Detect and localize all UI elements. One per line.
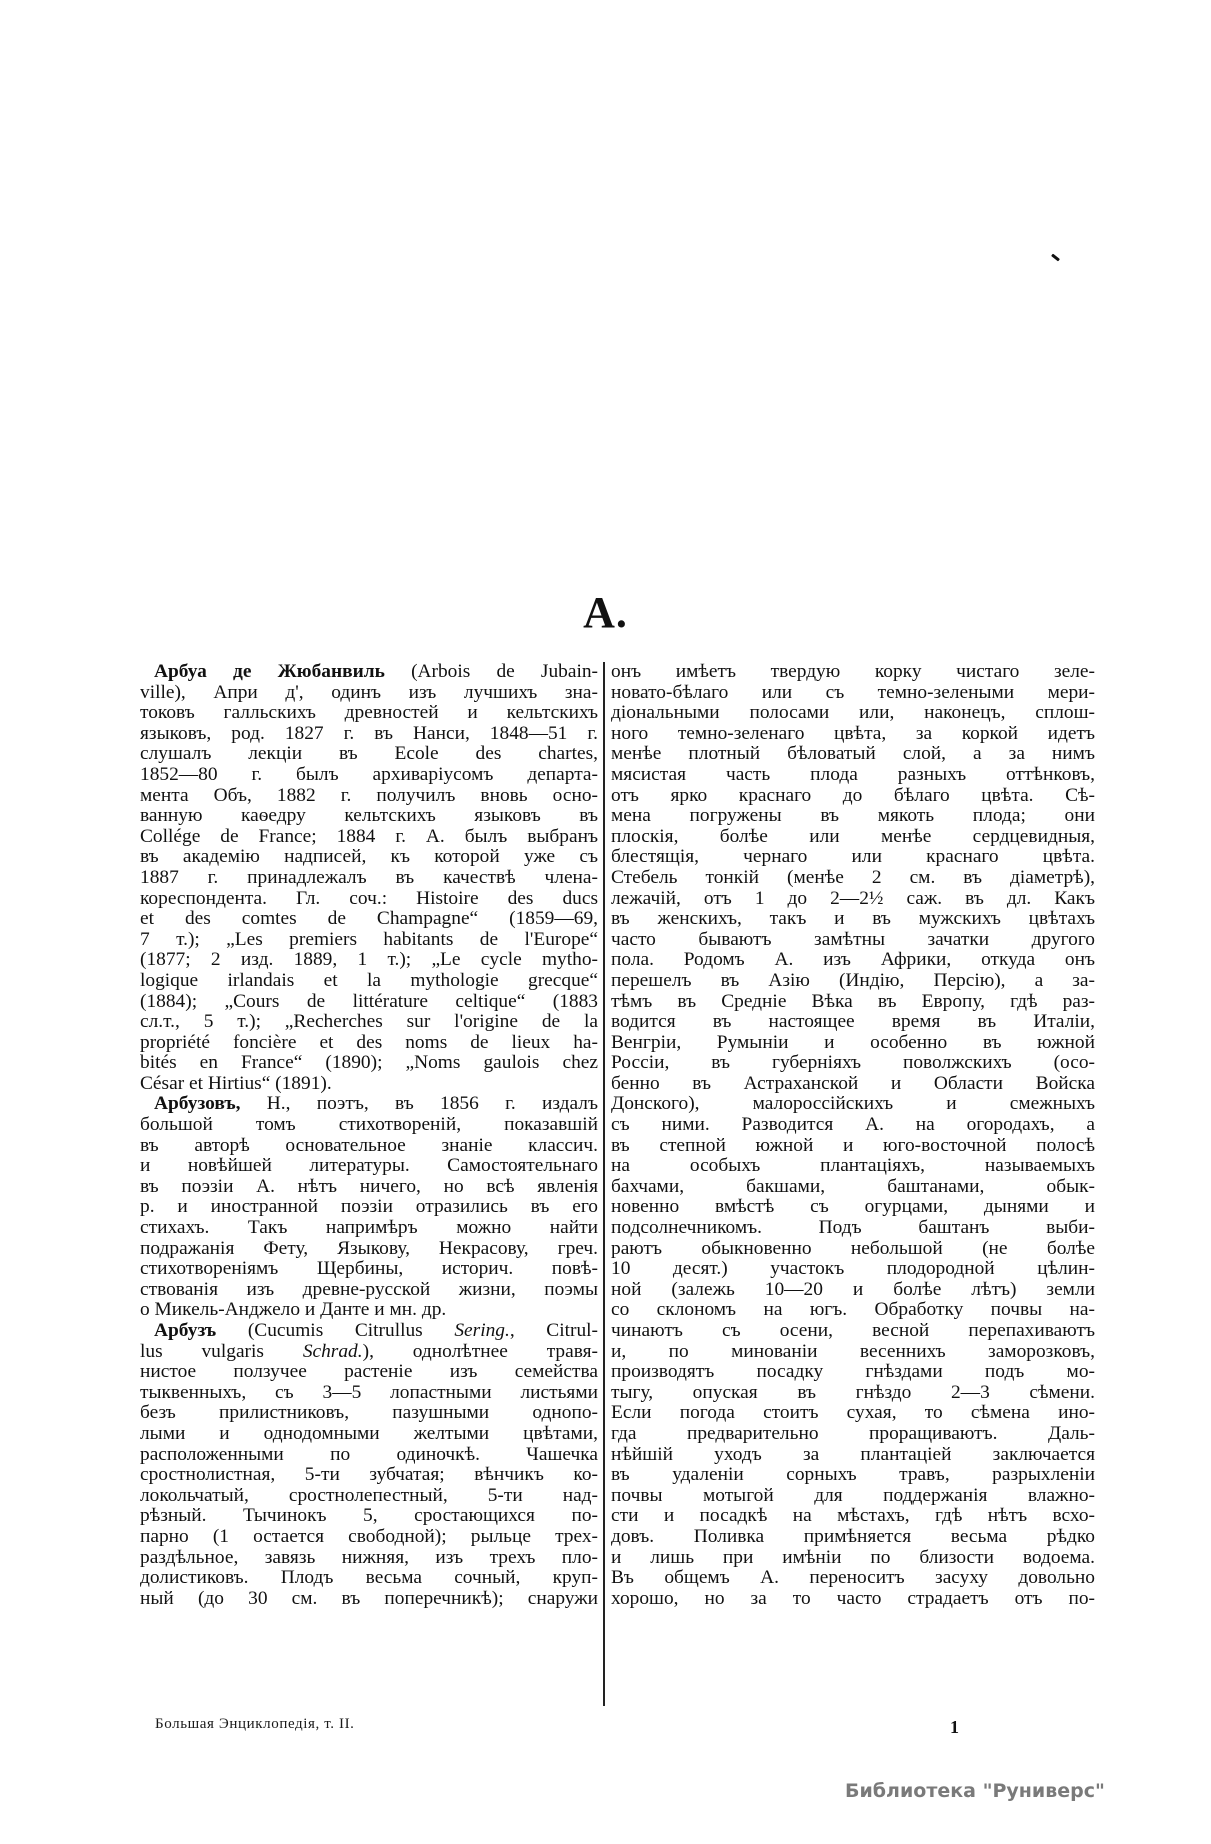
line-text: 1852—80 г. былъ архиваріусомъ департа- [140,764,598,785]
line-text: мясистая часть плода разныхъ оттѣнковъ, [611,764,1095,785]
line-text: нистое ползучее растеніе изъ семейства [140,1361,598,1382]
line-text: logique irlandais et la mythologie grecq… [140,970,598,991]
right-column: онъ имѣетъ твердую корку чистаго зеле-но… [611,662,1095,1609]
text-line: Collége de France; 1884 г. А. былъ выбра… [140,827,598,848]
line-text: въ степной южной и юго-восточной полосѣ [611,1135,1095,1156]
entry-start-line: Арбуа де Жюбанвиль (Arbois de Jubain- [140,662,598,683]
text-line: стихахъ. Такъ напримѣръ можно найти [140,1218,598,1239]
text-line: Россіи, въ губерніяхъ поволжскихъ (осо- [611,1053,1095,1074]
line-text: лыми и однодомными желтыми цвѣтами, [140,1423,598,1444]
text-line: нѣйшій уходъ за плантаціей заключается [611,1445,1095,1466]
line-text: р. и иностранной поэзіи отразились въ ег… [140,1196,598,1217]
text-line: тѣмъ въ Средніе Вѣка въ Европу, гдѣ раз- [611,992,1095,1013]
text-line: бенно въ Астраханской и Области Войска [611,1074,1095,1095]
line-text: блестящія, чернаго или краснаго цвѣта. [611,846,1095,867]
text-line: лыми и однодомными желтыми цвѣтами, [140,1424,598,1445]
text-line: большой томъ стихотвореній, показавшій [140,1115,598,1136]
line-text: токовъ галльскихъ древностей и кельтских… [140,702,598,723]
line-text: рѣзный. Тычинокъ 5, сростающихся по- [140,1505,598,1526]
text-line: стихотвореніямъ Щербины, историч. повѣ- [140,1259,598,1280]
text-line: 1852—80 г. былъ архиваріусомъ департа- [140,765,598,786]
line-text: César et Hirtius“ (1891). [140,1073,332,1094]
line-text: новенно вмѣстѣ съ огурцами, дынями и [611,1196,1095,1217]
line-text: сл.т., 5 т.); „Recherches sur l'origine … [140,1011,598,1032]
entry-start-line: Арбузовъ, Н., поэтъ, въ 1856 г. издалъ [140,1094,598,1115]
text-line: тыгу, опуская въ гнѣздо 2—3 сѣмени. [611,1383,1095,1404]
line-text: безъ прилистниковъ, пазушными однопо- [140,1402,598,1423]
text-line: долистиковъ. Плодъ весьма сочный, круп- [140,1568,598,1589]
text-line: довъ. Поливка примѣняется весьма рѣдко [611,1527,1095,1548]
text-line: новато-бѣлаго или съ темно-зелеными мери… [611,683,1095,704]
text-line: менѣе плотный бѣловатый слой, а за нимъ [611,744,1095,765]
text-line: часто бываютъ замѣтны зачатки другого [611,930,1095,951]
entry-headword: Арбузъ [154,1320,216,1341]
line-text: въ женскихъ, такъ и въ мужскихъ цвѣтахъ [611,908,1095,929]
line-text: подсолнечникомъ. Подъ баштанъ выби- [611,1217,1095,1238]
text-line: нистое ползучее растеніе изъ семейства [140,1362,598,1383]
line-text: раютъ обыкновенно небольшой (не болѣе [611,1238,1095,1259]
text-line: и лишь при имѣніи по близости водоема. [611,1548,1095,1569]
line-text: 10 десят.) участокъ плодородной цѣлин- [611,1258,1095,1279]
line-text-after: , Citrul- [510,1320,598,1341]
text-line: (1884); „Cours de littérature celtique“ … [140,992,598,1013]
text-line: ный (до 30 см. въ поперечникѣ); снаружи [140,1589,598,1610]
text-line: почвы мотыгой для поддержанія влажно- [611,1486,1095,1507]
line-text: въ академію надписей, къ которой уже съ [140,846,598,867]
line-text: довъ. Поливка примѣняется весьма рѣдко [611,1526,1095,1547]
text-line: мента Объ, 1882 г. получилъ вновь осно- [140,786,598,807]
text-line: ville), Апри д', одинъ изъ лучшихъ зна- [140,683,598,704]
line-text: новато-бѣлаго или съ темно-зелеными мери… [611,682,1095,703]
text-line: чинаютъ съ осени, весной перепахиваютъ [611,1321,1095,1342]
line-text: съ ними. Разводится А. на огородахъ, а [611,1114,1095,1135]
footer-signature: Большая Энциклопедія, т. II. [155,1716,355,1733]
text-line: въ женскихъ, такъ и въ мужскихъ цвѣтахъ [611,909,1095,930]
text-line: расположенными по одиночкѣ. Чашечка [140,1445,598,1466]
left-column: Арбуа де Жюбанвиль (Arbois de Jubain-vil… [140,662,598,1609]
text-line: на особыхъ плантаціяхъ, называемыхъ [611,1156,1095,1177]
line-text: Донского), малороссійскихъ и смежныхъ [611,1093,1095,1114]
line-text: парно (1 остается свободной); рыльце тре… [140,1526,598,1547]
line-text: онъ имѣетъ твердую корку чистаго зеле- [611,661,1095,682]
line-text: въ авторѣ основательное знаніе классич. [140,1135,598,1156]
library-watermark: Библиотека "Руниверс" [845,1780,1105,1802]
line-text: 1887 г. принадлежалъ въ качествѣ члена- [140,867,598,888]
line-text: почвы мотыгой для поддержанія влажно- [611,1485,1095,1506]
text-line: bités en France“ (1890); „Noms gaulois c… [140,1053,598,1074]
column-divider [603,662,605,1706]
line-text: въ удаленіи сорныхъ травъ, разрыхленіи [611,1464,1095,1485]
text-line: подражанія Фету, Языкову, Некрасову, гре… [140,1239,598,1260]
text-line: производятъ посадку гнѣздами подъ мо- [611,1362,1095,1383]
text-line: сти и посадкѣ на мѣстахъ, гдѣ нѣтъ всхо- [611,1506,1095,1527]
line-text: расположенными по одиночкѣ. Чашечка [140,1444,598,1465]
text-line: рѣзный. Тычинокъ 5, сростающихся по- [140,1506,598,1527]
line-text: лежачій, отъ 1 до 2—2½ саж. въ дл. Какъ [611,888,1095,909]
text-line: и новѣйшей литературы. Самостоятельнаго [140,1156,598,1177]
text-line: (1877; 2 изд. 1889, 1 т.); „Le cycle myt… [140,950,598,971]
entry-headword: Арбуа де Жюбанвиль [154,661,385,682]
text-line: Если погода стоитъ сухая, то сѣмена ино- [611,1403,1095,1424]
line-text: подражанія Фету, Языкову, Некрасову, гре… [140,1238,598,1259]
text-line: плоскія, болѣе или менѣе сердцевидныя, [611,827,1095,848]
botanical-author: Schrad. [303,1341,363,1362]
text-line: мясистая часть плода разныхъ оттѣнковъ, [611,765,1095,786]
line-text: ванную каѳедру кельтскихъ языковъ въ [140,805,598,826]
text-line: отъ ярко краснаго до бѣлаго цвѣта. Сѣ- [611,786,1095,807]
line-text: нѣйшій уходъ за плантаціей заключается [611,1444,1095,1465]
text-line: ванную каѳедру кельтскихъ языковъ въ [140,806,598,827]
line-text: lus vulgaris [140,1341,303,1362]
text-line: новенно вмѣстѣ съ огурцами, дынями и [611,1197,1095,1218]
line-text: тыквенныхъ, съ 3—5 лопастными листьями [140,1382,598,1403]
line-text: 7 т.); „Les premiers habitants de l'Euro… [140,929,598,950]
line-text: плоскія, болѣе или менѣе сердцевидныя, [611,826,1095,847]
text-line: гда предварительно проращиваютъ. Даль- [611,1424,1095,1445]
line-text: Collége de France; 1884 г. А. былъ выбра… [140,826,598,847]
line-text: водится въ настоящее время въ Италіи, [611,1011,1095,1032]
text-line: ной (залежь 10—20 и болѣе лѣтъ) земли [611,1280,1095,1301]
line-text: и лишь при имѣніи по близости водоема. [611,1547,1095,1568]
line-text: о Микель-Анджело и Данте и мн. др. [140,1299,446,1320]
text-line: раютъ обыкновенно небольшой (не болѣе [611,1239,1095,1260]
line-text: ный (до 30 см. въ поперечникѣ); снаружи [140,1588,598,1609]
text-line: propriété foncière et des noms de lieux … [140,1033,598,1054]
text-line: lus vulgaris Schrad.), однолѣтнее травя- [140,1342,598,1363]
line-text: локольчатый, сростнолепестный, 5-ти над- [140,1485,598,1506]
section-letter-heading: А. [0,588,1211,638]
line-text: чинаютъ съ осени, весной перепахиваютъ [611,1320,1095,1341]
text-line: сростнолистная, 5-ти зубчатая; вѣнчикъ к… [140,1465,598,1486]
line-text: часто бываютъ замѣтны зачатки другого [611,929,1095,950]
entry-headword: Арбузовъ, [154,1093,240,1114]
line-text: языковъ, род. 1827 г. въ Нанси, 1848—51 … [140,723,598,744]
line-text: пола. Родомъ А. изъ Африки, откуда онъ [611,949,1095,970]
line-text: слушалъ лекціи въ Ecole des chartes, [140,743,598,764]
text-line: онъ имѣетъ твердую корку чистаго зеле- [611,662,1095,683]
line-text: стихахъ. Такъ напримѣръ можно найти [140,1217,598,1238]
line-text: стихотвореніямъ Щербины, историч. повѣ- [140,1258,598,1279]
line-text: діональными полосами или, наконецъ, спло… [611,702,1095,723]
text-line: парно (1 остается свободной); рыльце тре… [140,1527,598,1548]
line-text: propriété foncière et des noms de lieux … [140,1032,598,1053]
text-line: подсолнечникомъ. Подъ баштанъ выби- [611,1218,1095,1239]
line-text: долистиковъ. Плодъ весьма сочный, круп- [140,1567,598,1588]
text-line: діональными полосами или, наконецъ, спло… [611,703,1095,724]
line-text: на особыхъ плантаціяхъ, называемыхъ [611,1155,1095,1176]
line-text: тыгу, опуская въ гнѣздо 2—3 сѣмени. [611,1382,1095,1403]
line-text: перешелъ въ Азію (Индію, Персію), а за- [611,970,1095,991]
line-text: ной (залежь 10—20 и болѣе лѣтъ) земли [611,1279,1095,1300]
entry-start-line: Арбузъ (Cucumis Citrullus Sering., Citru… [140,1321,598,1342]
text-line: 10 десят.) участокъ плодородной цѣлин- [611,1259,1095,1280]
line-text: Венгріи, Румыніи и особенно въ южной [611,1032,1095,1053]
text-line: и, по минованіи весеннихъ заморозковъ, [611,1342,1095,1363]
text-line: локольчатый, сростнолепестный, 5-ти над- [140,1486,598,1507]
text-line: хорошо, но за то часто страдаетъ отъ по- [611,1589,1095,1610]
line-text: Стебель тонкій (менѣе 2 см. въ діаметрѣ)… [611,867,1095,888]
line-text: большой томъ стихотвореній, показавшій [140,1114,598,1135]
text-line: токовъ галльскихъ древностей и кельтских… [140,703,598,724]
line-text: сти и посадкѣ на мѣстахъ, гдѣ нѣтъ всхо- [611,1505,1095,1526]
text-line: слушалъ лекціи въ Ecole des chartes, [140,744,598,765]
text-line: logique irlandais et la mythologie grecq… [140,971,598,992]
line-text: (Cucumis Citrullus [216,1320,454,1341]
botanical-author: Sering. [454,1320,509,1341]
line-text: (Arbois de Jubain- [385,661,598,682]
line-text: ствованія изъ древне-русской жизни, поэм… [140,1279,598,1300]
line-text: сростнолистная, 5-ти зубчатая; вѣнчикъ к… [140,1464,598,1485]
text-line: Венгріи, Румыніи и особенно въ южной [611,1033,1095,1054]
text-line: Стебель тонкій (менѣе 2 см. въ діаметрѣ)… [611,868,1095,889]
text-line: языковъ, род. 1827 г. въ Нанси, 1848—51 … [140,724,598,745]
line-text: ville), Апри д', одинъ изъ лучшихъ зна- [140,682,598,703]
text-line: пола. Родомъ А. изъ Африки, откуда онъ [611,950,1095,971]
text-line: 7 т.); „Les premiers habitants de l'Euro… [140,930,598,951]
text-line: въ удаленіи сорныхъ травъ, разрыхленіи [611,1465,1095,1486]
text-line: перешелъ въ Азію (Индію, Персію), а за- [611,971,1095,992]
line-text: Если погода стоитъ сухая, то сѣмена ино- [611,1402,1095,1423]
text-line: р. и иностранной поэзіи отразились въ ег… [140,1197,598,1218]
line-text: гда предварительно проращиваютъ. Даль- [611,1423,1095,1444]
line-text: мена погружены въ мякоть плода; они [611,805,1095,826]
text-line: Въ общемъ А. переноситъ засуху довольно [611,1568,1095,1589]
text-line: ного темно-зеленаго цвѣта, за коркой иде… [611,724,1095,745]
text-line: кореспондента. Гл. соч.: Histoire des du… [140,889,598,910]
line-text: кореспондента. Гл. соч.: Histoire des du… [140,888,598,909]
scan-speck [1051,254,1060,262]
line-text: bités en France“ (1890); „Noms gaulois c… [140,1052,598,1073]
line-text: бахчами, бакшами, баштанами, обык- [611,1176,1095,1197]
text-line: о Микель-Анджело и Данте и мн. др. [140,1300,598,1321]
line-text: ного темно-зеленаго цвѣта, за коркой иде… [611,723,1095,744]
line-text: производятъ посадку гнѣздами подъ мо- [611,1361,1095,1382]
text-line: бахчами, бакшами, баштанами, обык- [611,1177,1095,1198]
text-line: въ авторѣ основательное знаніе классич. [140,1136,598,1157]
line-text: мента Объ, 1882 г. получилъ вновь осно- [140,785,598,806]
text-line: водится въ настоящее время въ Италіи, [611,1012,1095,1033]
line-text: раздѣльное, завязь нижняя, изъ трехъ пло… [140,1547,598,1568]
text-line: въ степной южной и юго-восточной полосѣ [611,1136,1095,1157]
text-line: съ ними. Разводится А. на огородахъ, а [611,1115,1095,1136]
line-text: хорошо, но за то часто страдаетъ отъ по- [611,1588,1095,1609]
text-line: et des comtes de Champagne“ (1859—69, [140,909,598,930]
line-text: бенно въ Астраханской и Области Войска [611,1073,1095,1094]
line-text: отъ ярко краснаго до бѣлаго цвѣта. Сѣ- [611,785,1095,806]
line-text: (1884); „Cours de littérature celtique“ … [140,991,598,1012]
text-line: блестящія, чернаго или краснаго цвѣта. [611,847,1095,868]
text-line: раздѣльное, завязь нижняя, изъ трехъ пло… [140,1548,598,1569]
text-line: тыквенныхъ, съ 3—5 лопастными листьями [140,1383,598,1404]
line-text: Н., поэтъ, въ 1856 г. издалъ [240,1093,598,1114]
line-text: тѣмъ въ Средніе Вѣка въ Европу, гдѣ раз- [611,991,1095,1012]
text-line: 1887 г. принадлежалъ въ качествѣ члена- [140,868,598,889]
line-text: и, по минованіи весеннихъ заморозковъ, [611,1341,1095,1362]
text-line: со склономъ на югъ. Обработку почвы на- [611,1300,1095,1321]
line-text-after: ), однолѣтнее травя- [363,1341,598,1362]
text-line: César et Hirtius“ (1891). [140,1074,598,1095]
line-text: et des comtes de Champagne“ (1859—69, [140,908,598,929]
line-text: и новѣйшей литературы. Самостоятельнаго [140,1155,598,1176]
text-line: ствованія изъ древне-русской жизни, поэм… [140,1280,598,1301]
line-text: въ поэзіи А. нѣтъ ничего, но всѣ явленія [140,1176,598,1197]
text-line: лежачій, отъ 1 до 2—2½ саж. въ дл. Какъ [611,889,1095,910]
text-line: въ академію надписей, къ которой уже съ [140,847,598,868]
line-text: Въ общемъ А. переноситъ засуху довольно [611,1567,1095,1588]
line-text: со склономъ на югъ. Обработку почвы на- [611,1299,1095,1320]
text-line: сл.т., 5 т.); „Recherches sur l'origine … [140,1012,598,1033]
page-number: 1 [950,1717,959,1738]
text-line: Донского), малороссійскихъ и смежныхъ [611,1094,1095,1115]
text-line: мена погружены въ мякоть плода; они [611,806,1095,827]
line-text: (1877; 2 изд. 1889, 1 т.); „Le cycle myt… [140,949,598,970]
text-line: въ поэзіи А. нѣтъ ничего, но всѣ явленія [140,1177,598,1198]
line-text: Россіи, въ губерніяхъ поволжскихъ (осо- [611,1052,1095,1073]
text-line: безъ прилистниковъ, пазушными однопо- [140,1403,598,1424]
line-text: менѣе плотный бѣловатый слой, а за нимъ [611,743,1095,764]
